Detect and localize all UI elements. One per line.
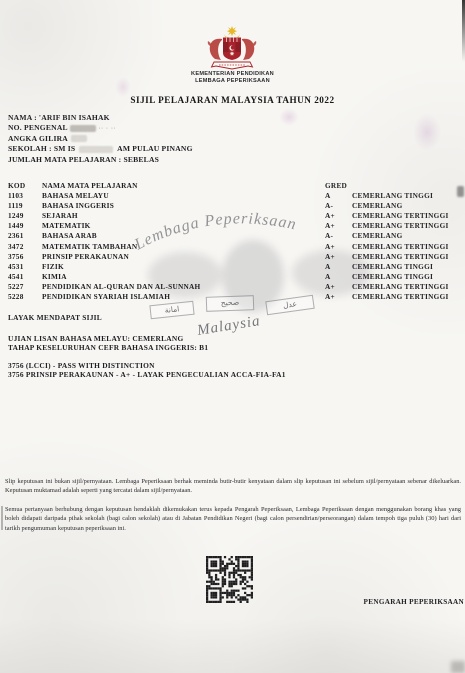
ic-label: NO. PENGENAL: [8, 123, 67, 132]
subject-name: PENDIDIKAN AL-QURAN DAN AL-SUNNAH: [42, 282, 325, 292]
subject-name: FIZIK: [42, 262, 325, 272]
subject-code: 4541: [8, 272, 42, 282]
scan-corner-artifact: [451, 661, 465, 673]
grade-description: CEMERLANG: [352, 201, 460, 211]
table-row: 5227 PENDIDIKAN AL-QURAN DAN AL-SUNNAH A…: [8, 282, 460, 292]
acca-exemption-result: 3756 PRINSIP PERAKAUNAN - A+ - LAYAK PEN…: [8, 370, 286, 379]
scan-edge-artifact: [1, 506, 3, 530]
grade: A+: [325, 292, 352, 302]
table-row: 3472 MATEMATIK TAMBAHAN A+ CEMERLANG TER…: [8, 242, 460, 252]
eligibility-statement: LAYAK MENDAPAT SIJIL: [8, 313, 102, 322]
malaysia-coat-of-arms-icon: [203, 25, 261, 72]
grade-description: CEMERLANG TERTINGGI: [352, 221, 460, 231]
table-row: 1249 SEJARAH A+ CEMERLANG TERTINGGI: [8, 211, 460, 221]
subject-code: 3756: [8, 252, 42, 262]
grade: A+: [325, 282, 352, 292]
redaction-box: [79, 146, 113, 153]
index-number-label: ANGKA GILIRA: [8, 134, 68, 143]
grade-description: CEMERLANG: [352, 231, 460, 241]
table-row: 2361 BAHASA ARAB A- CEMERLANG: [8, 231, 460, 241]
subject-name: BAHASA INGGERIS: [42, 201, 325, 211]
redaction-box: [71, 135, 87, 142]
grade-description: CEMERLANG TINGGI: [352, 272, 460, 282]
table-row: 3756 PRINSIP PERAKAUNAN A+ CEMERLANG TER…: [8, 252, 460, 262]
grade: A: [325, 191, 352, 201]
grade-description: CEMERLANG TERTINGGI: [352, 242, 460, 252]
table-row: 4541 KIMIA A CEMERLANG TINGGI: [8, 272, 460, 282]
grade: A+: [325, 211, 352, 221]
subject-code: 3472: [8, 242, 42, 252]
school-suffix: AM PULAU PINANG: [117, 144, 193, 153]
candidate-school-row: SEKOLAH : SM IS AM PULAU PINANG: [8, 144, 193, 153]
candidate-name: NAMA : 'ARIF BIN ISAHAK: [8, 113, 110, 122]
grade-description: CEMERLANG TERTINGGI: [352, 292, 460, 302]
scan-smudge: [413, 113, 441, 151]
subject-name: SEJARAH: [42, 211, 325, 221]
table-row: 1449 MATEMATIK A+ CEMERLANG TERTINGGI: [8, 221, 460, 231]
subject-name: BAHASA ARAB: [42, 231, 325, 241]
candidate-index-row: ANGKA GILIRA: [8, 134, 87, 143]
subject-code: 2361: [8, 231, 42, 241]
subject-code: 4531: [8, 262, 42, 272]
subject-code: 1103: [8, 191, 42, 201]
lcci-result: 3756 (LCCI) - PASS WITH DISTINCTION: [8, 361, 155, 370]
subject-header: NAMA MATA PELAJARAN: [42, 181, 325, 191]
kod-header: KOD: [8, 181, 42, 191]
grade: A+: [325, 242, 352, 252]
grade: A+: [325, 252, 352, 262]
subject-code: 5228: [8, 292, 42, 302]
grade-description: CEMERLANG TERTINGGI: [352, 282, 460, 292]
cefr-result: TAHAP KESELURUHAN CEFR BAHASA INGGERIS: …: [8, 343, 208, 352]
subject-code: 1249: [8, 211, 42, 221]
subject-name: PENDIDIKAN SYARIAH ISLAMIAH: [42, 292, 325, 302]
results-table-header: KOD NAMA MATA PELAJARAN GRED: [8, 181, 460, 191]
results-table-body: 1103 BAHASA MELAYU A CEMERLANG TINGGI 11…: [8, 191, 460, 302]
grade-description: CEMERLANG TINGGI: [352, 262, 460, 272]
grade-description: CEMERLANG TINGGI: [352, 191, 460, 201]
redaction-box: [70, 125, 96, 132]
results-table: KOD NAMA MATA PELAJARAN GRED 1103 BAHASA…: [8, 181, 460, 302]
subject-code: 1449: [8, 221, 42, 231]
table-row: 1119 BAHASA INGGERIS A- CEMERLANG: [8, 201, 460, 211]
grade-description: CEMERLANG TERTINGGI: [352, 252, 460, 262]
appeal-instructions-paragraph: Semua pertanyaan berhubung dengan keputu…: [5, 505, 461, 533]
subject-code: 1119: [8, 201, 42, 211]
candidate-ic-row: NO. PENGENAL ·· · ··: [8, 123, 116, 132]
certificate-title: SIJIL PELAJARAN MALAYSIA TAHUN 2022: [0, 95, 465, 105]
oral-test-result: UJIAN LISAN BAHASA MELAYU: CEMERLANG: [8, 334, 183, 343]
watermark-banner-left: امانة: [149, 301, 194, 320]
disclaimer-paragraph: Slip keputusan ini bukan sijil/pernyataa…: [5, 477, 461, 496]
qr-code: [206, 556, 253, 603]
grade: A: [325, 262, 352, 272]
director-of-examinations-title: PENGARAH PEPERIKSAAN: [364, 598, 464, 606]
grade-header: GRED: [325, 181, 460, 191]
subject-name: BAHASA MELAYU: [42, 191, 325, 201]
grade: A-: [325, 231, 352, 241]
subject-name: PRINSIP PERAKAUNAN: [42, 252, 325, 262]
grade: A: [325, 272, 352, 282]
school-prefix: SEKOLAH : SM IS: [8, 144, 75, 153]
watermark-malaysia-script: Malaysia: [196, 313, 262, 340]
grade: A-: [325, 201, 352, 211]
certificate-page: KEMENTERIAN PENDIDIKAN LEMBAGA PEPERIKSA…: [0, 0, 465, 673]
grade: A+: [325, 221, 352, 231]
ministry-name: KEMENTERIAN PENDIDIKAN: [0, 71, 465, 78]
subject-name: KIMIA: [42, 272, 325, 282]
table-row: 1103 BAHASA MELAYU A CEMERLANG TINGGI: [8, 191, 460, 201]
table-row: 4531 FIZIK A CEMERLANG TINGGI: [8, 262, 460, 272]
subject-code: 5227: [8, 282, 42, 292]
subject-count: JUMLAH MATA PELAJARAN : SEBELAS: [8, 155, 159, 164]
grade-description: CEMERLANG TERTINGGI: [352, 211, 460, 221]
examinations-board-name: LEMBAGA PEPERIKSAAN: [0, 78, 465, 85]
redaction-artifact: ·· · ··: [99, 127, 117, 132]
subject-name: MATEMATIK: [42, 221, 325, 231]
scan-smudge: [279, 108, 299, 126]
subject-name: MATEMATIK TAMBAHAN: [42, 242, 325, 252]
table-row: 5228 PENDIDIKAN SYARIAH ISLAMIAH A+ CEME…: [8, 292, 460, 302]
